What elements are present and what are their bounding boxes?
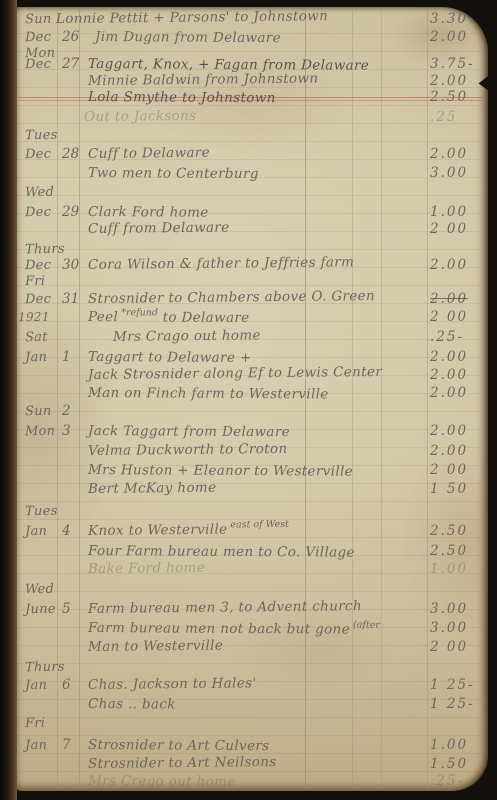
amount-value: 1 50	[430, 480, 468, 499]
ledger-row: Jan7Strosnider to Art Culvers1.00	[0, 736, 497, 755]
amount-value: 2.00	[430, 290, 468, 309]
book-binding-edge	[0, 0, 17, 800]
ledger-row: Lola Smythe to Johnstown2.50	[0, 88, 497, 107]
entry-text: Knox to Westerville east of West	[88, 520, 289, 542]
amount-value: .25-	[430, 328, 464, 347]
amount-value: 2.00	[430, 366, 468, 385]
entry-text: Bake Ford home	[88, 559, 205, 579]
date-label: 31	[62, 290, 79, 309]
date-label: 1	[62, 348, 71, 367]
ledger-row: Jan4Knox to Westerville east of West2.50	[0, 522, 497, 541]
day-label: Wed	[25, 183, 55, 203]
entry-text: Farm bureau men 3, to Advent church	[88, 597, 362, 619]
ledger-row: Chas .. back1 25-	[0, 695, 497, 714]
inserted-note: east of West	[227, 519, 289, 531]
amount-value: .25	[430, 108, 457, 127]
date-label: 2	[62, 402, 71, 421]
amount-value: 3.00	[430, 600, 468, 619]
entry-text: Lonnie Pettit + Parsons' to Johnstown	[56, 7, 328, 29]
amount-value: 2 00	[430, 461, 468, 480]
amount-value: 2.00	[430, 384, 468, 403]
ledger-row: Farm bureau men not back but gone (after…	[0, 619, 497, 638]
amount-value: 2 00	[430, 638, 468, 657]
amount-value: 1.00	[430, 560, 468, 579]
entry-text: Mrs Crago out home	[113, 326, 261, 347]
amount-value: 1.00	[430, 736, 468, 755]
ledger-row: SatMrs Crago out home.25-	[0, 328, 497, 347]
entry-text: Cuff from Delaware	[88, 219, 230, 239]
entry-text: Chas .. back	[88, 695, 176, 715]
day-label: Jan	[25, 676, 48, 695]
date-label: 7	[62, 736, 71, 755]
entry-text: Lola Smythe to Johnstown	[88, 88, 276, 108]
day-label: Thurs	[25, 658, 65, 678]
date-label: 5	[62, 600, 71, 619]
day-label: 1921	[18, 308, 50, 328]
ledger-row: 1921Peel *refund to Delaware2 00	[0, 308, 497, 327]
ledger-row: Jan6Chas. Jackson to Hales'1 25-	[0, 676, 497, 695]
ledger-row: Wed	[0, 580, 497, 599]
ledger-row: Velma Duckworth to Croton2.00	[0, 442, 497, 461]
amount-value: 2.50	[430, 88, 468, 107]
entry-text: Bert McKay home	[88, 479, 217, 499]
amount-value: 2.00	[430, 145, 468, 164]
entry-text: Chas. Jackson to Hales'	[88, 674, 257, 695]
day-label: June	[25, 600, 56, 620]
amount-value: 2 00	[430, 220, 468, 239]
amount-value: 1 25-	[430, 695, 475, 714]
ledger-row: Four Farm bureau men to Co. Village2.50	[0, 542, 497, 561]
day-label: Jan	[25, 348, 48, 367]
ledger-row: Dec31Strosnider to Chambers above O. Gre…	[0, 290, 497, 309]
ledger-entries: SunLonnie Pettit + Parsons' to Johnstown…	[0, 0, 497, 800]
entry-text: Jack Taggart from Delaware	[88, 422, 290, 442]
entry-text: Strosnider to Chambers above O. Green	[88, 287, 375, 309]
day-label: Dec	[25, 290, 52, 309]
ledger-row: Mrs Crego out home.25-	[0, 772, 497, 791]
ledger-row: Bake Ford home1.00	[0, 560, 497, 579]
ledger-photo: SunLonnie Pettit + Parsons' to Johnstown…	[0, 0, 497, 800]
ledger-row: Out to Jacksons.25	[0, 108, 497, 127]
ledger-row: Two men to Centerburg3.00	[0, 164, 497, 183]
ledger-row: SunLonnie Pettit + Parsons' to Johnstown…	[0, 10, 497, 29]
day-label: Fri	[25, 272, 46, 291]
entry-text: Man to Westerville	[88, 637, 223, 657]
ledger-row: Man on Finch farm to Westerville2.00	[0, 384, 497, 403]
entry-text: Out to Jacksons	[84, 107, 197, 127]
day-label: Dec	[25, 145, 52, 164]
day-label: Fri	[25, 714, 46, 733]
amount-value: 1 25-	[430, 676, 475, 695]
day-label: Mon	[25, 422, 56, 442]
day-label: Tues	[25, 126, 58, 146]
amount-value: 2.50	[430, 522, 468, 541]
date-label: 6	[62, 676, 71, 695]
entry-text: Mrs Crego out home	[88, 772, 236, 792]
entry-text: Two men to Centerburg	[88, 164, 259, 184]
day-label: Sat	[25, 328, 48, 347]
entry-text: Velma Duckworth to Croton	[88, 440, 288, 461]
amount-value: 3.00	[430, 164, 468, 183]
ledger-row: Man to Westerville2 00	[0, 638, 497, 657]
amount-value: 2 00	[430, 308, 468, 327]
amount-value: 2.00	[430, 422, 468, 441]
ledger-row: June5Farm bureau men 3, to Advent church…	[0, 600, 497, 619]
entry-text: Strosnider to Art Neilsons	[88, 753, 277, 774]
amount-value: 2.00	[430, 442, 468, 461]
ledger-row: Bert McKay home1 50	[0, 480, 497, 499]
ledger-row: Cuff from Delaware2 00	[0, 220, 497, 239]
day-label: Sun	[25, 10, 52, 29]
ledger-row: Fri	[0, 714, 497, 733]
entry-text: Jack Strosnider along Ef to Lewis Center	[88, 363, 382, 385]
amount-value: 3.30	[430, 10, 468, 29]
ledger-row: Jack Strosnider along Ef to Lewis Center…	[0, 366, 497, 385]
ledger-row: Dec28Cuff to Delaware2.00	[0, 145, 497, 164]
ledger-row: Tues	[0, 502, 497, 521]
amount-value: .25-	[430, 772, 464, 791]
ledger-row: Mon3Jack Taggart from Delaware2.00	[0, 422, 497, 441]
day-label: Tues	[25, 502, 58, 522]
amount-value: 3.00	[430, 619, 468, 638]
inserted-note: (after	[350, 620, 380, 631]
ledger-row: Wed	[0, 183, 497, 202]
amount-value: 2.00	[430, 348, 468, 367]
date-label: 4	[62, 522, 71, 541]
ledger-row: Mrs Huston + Eleanor to Westerville2 00	[0, 461, 497, 480]
day-label: Jan	[25, 736, 48, 755]
day-label: Wed	[25, 580, 55, 600]
ledger-row: Tues	[0, 126, 497, 145]
date-label: 3	[62, 422, 71, 441]
day-label: Jan	[25, 522, 48, 541]
entry-text: Mrs Huston + Eleanor to Westerville	[88, 461, 353, 482]
date-label: 28	[62, 145, 79, 164]
day-label: Sun	[25, 402, 52, 421]
entry-text: Cuff to Delaware	[88, 144, 210, 164]
binding-paper-specks	[1, 0, 6, 7]
amount-value: 2.50	[430, 542, 468, 561]
inserted-note: *refund	[118, 307, 158, 318]
ledger-row: Sun2	[0, 402, 497, 421]
